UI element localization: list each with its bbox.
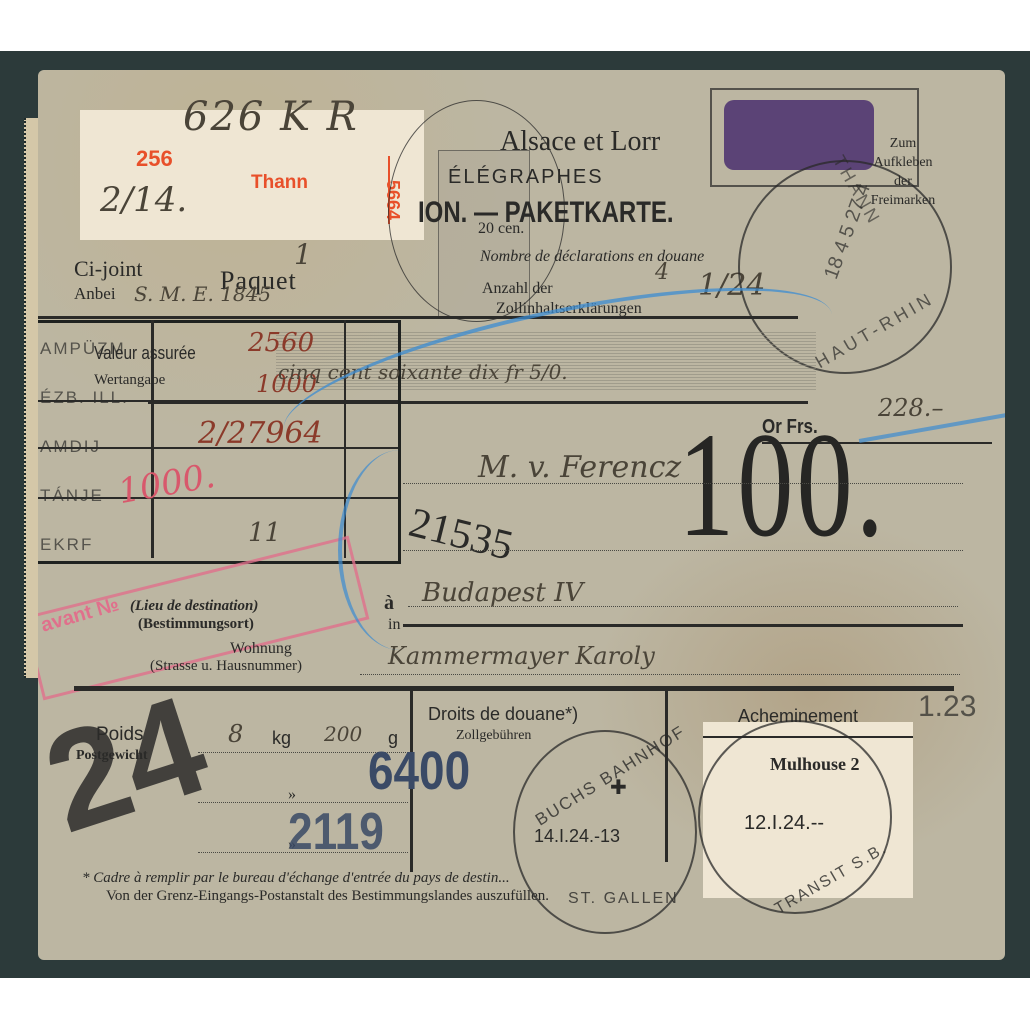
declarations-fr: Nombre de déclarations en douane <box>480 248 704 266</box>
weight-g: 200 <box>324 722 362 746</box>
footer-de: Von der Grenz-Eingangs-Postanstalt des B… <box>106 888 549 905</box>
valeur-count: 11 <box>248 518 281 548</box>
hungarian-line-2: ÉZB. ILL. <box>40 373 129 422</box>
declarations-de1: Anzahl der <box>482 280 553 298</box>
header-line2: ÉLÉGRAPHES <box>448 166 604 189</box>
customs-label-de: Zollgebühren <box>456 728 531 744</box>
hungarian-line-1: AMPÜZM <box>40 324 129 373</box>
ci-joint: Ci-joint <box>74 256 142 282</box>
hungarian-line-5: EKRF <box>40 520 129 569</box>
paquet-count: 1 <box>294 238 312 271</box>
blue-crayon-arc-2 <box>338 450 462 650</box>
postmark-transit-date: 12.I.24.-- <box>744 812 824 835</box>
destination-de: (Bestimmungsort) <box>138 616 254 633</box>
blue-stamp-1: 6400 <box>368 740 470 802</box>
routing-stamp-suffix: 1.23 <box>918 690 976 724</box>
wohnung-label: Wohnung <box>230 640 292 658</box>
weight-kg: 8 <box>228 720 243 748</box>
hungarian-line-4: TÁNJE <box>40 471 129 520</box>
footer-fr: * Cadre à remplir par le bureau d'échang… <box>82 870 510 887</box>
swiss-cross-icon: ✚ <box>610 775 627 800</box>
origin-town: Thann <box>251 172 308 194</box>
declarations-small: 4 <box>655 260 669 285</box>
origin-handwritten-top: 626 K R <box>183 94 359 140</box>
street-dotted <box>360 674 960 675</box>
parcel-card: 626 K R 256 Thann 5664 2/14. 20 cen. Als… <box>38 70 1005 960</box>
street-value: Kammermayer Karoly <box>388 642 655 670</box>
weight-kg-unit: kg <box>272 728 291 749</box>
postmark-buchs-bottom: ST. GALLEN <box>568 890 679 908</box>
postmark-buchs-date: 14.I.24.-13 <box>534 826 620 847</box>
addressee-name: M. v. Ferencz <box>478 450 681 485</box>
weight-big-stamp: 24 <box>38 673 222 854</box>
amount-handwritten: 228.– <box>878 394 943 422</box>
addressee-dotted-2 <box>403 550 963 551</box>
customs-label-fr: Droits de douane*) <box>428 704 578 725</box>
header-line1: Alsace et Lorr <box>500 126 660 158</box>
rule-lower-top <box>74 686 954 691</box>
hungarian-line-3: AMDIJ <box>40 422 129 471</box>
origin-number: 256 <box>136 146 173 172</box>
anbei: Anbei <box>74 284 116 304</box>
rule-destination <box>403 624 963 627</box>
origin-handwritten-date: 2/14. <box>100 180 187 220</box>
weight-label-de: Postgewicht <box>76 748 148 764</box>
weight-label-fr: Poids <box>96 724 144 746</box>
amount-stamped-big: 100. <box>678 410 887 560</box>
paquet-hand-note: S. M. E. 1845 <box>134 282 271 306</box>
header-line3: ION. — PAKETKARTE. <box>418 196 674 230</box>
stamp-box-label-1: Zum <box>843 134 963 153</box>
hungarian-stamp-lines: AMPÜZM ÉZB. ILL. AMDIJ TÁNJE EKRF <box>40 324 129 569</box>
destination-fr: (Lieu de destination) <box>130 598 258 615</box>
blue-stamp-2: 2119 <box>288 802 384 862</box>
valeur-red-1: 2560 <box>248 328 314 358</box>
